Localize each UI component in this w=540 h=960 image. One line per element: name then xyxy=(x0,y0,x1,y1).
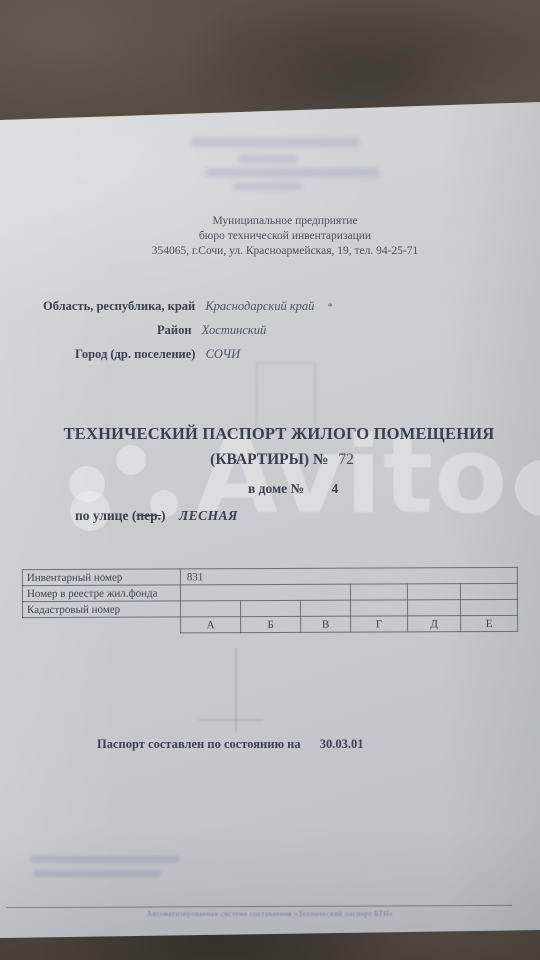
blank-cell xyxy=(23,617,181,634)
empty-cell xyxy=(407,584,460,600)
inventory-number-value: 831 xyxy=(180,567,517,584)
street-line: по улице (пер.) ЛЕСНАЯ xyxy=(75,508,238,524)
empty-cell xyxy=(350,584,407,600)
faint-stamp-mark xyxy=(238,155,298,162)
document-title-line2: (КВАРТИРЫ) № 72 xyxy=(0,451,540,469)
org-header-line1: Муниципальное предприятие xyxy=(30,214,540,229)
document-page: Муниципальное предприятие бюро техническ… xyxy=(0,100,540,945)
empty-cell xyxy=(350,600,407,616)
apartment-label: (КВАРТИРЫ) № xyxy=(210,451,328,468)
apartment-number: 72 xyxy=(338,451,354,468)
empty-cell xyxy=(460,583,517,599)
faint-stamp-mark xyxy=(233,183,303,190)
column-letter: Д xyxy=(408,616,461,632)
compiled-date: 30.03.01 xyxy=(320,737,364,751)
registry-number-value xyxy=(180,584,350,601)
empty-cell xyxy=(407,600,460,616)
street-label-struck: пер. xyxy=(136,508,161,523)
cadastral-number-value xyxy=(181,601,241,617)
empty-cell xyxy=(460,599,517,615)
compiled-line: Паспорт составлен по состоянию на 30.03.… xyxy=(97,737,363,752)
region-mark: * xyxy=(328,302,333,313)
org-header-line3: 354065, г.Сочи, ул. Красноармейская, 19,… xyxy=(30,244,540,259)
footer-note: Автоматизированная система составления «… xyxy=(0,910,540,918)
house-label: в доме № xyxy=(248,481,304,496)
org-header: Муниципальное предприятие бюро техническ… xyxy=(0,214,540,259)
district-value: Хостинский xyxy=(202,323,267,337)
district-line: Район Хостинский xyxy=(157,323,266,338)
region-label: Область, республика, край xyxy=(43,299,195,313)
city-line: Город (др. поселение) СОЧИ xyxy=(75,347,240,362)
column-letter: Е xyxy=(461,615,518,631)
table-row: А Б В Г Д Е xyxy=(23,615,518,633)
city-label: Город (др. поселение) xyxy=(75,347,195,361)
photo-scene: Муниципальное предприятие бюро техническ… xyxy=(0,0,540,960)
showthrough-text-line xyxy=(30,856,180,863)
house-number: 4 xyxy=(332,481,339,496)
column-letter: В xyxy=(301,616,351,632)
empty-cell xyxy=(300,600,350,616)
street-name: ЛЕСНАЯ xyxy=(179,508,238,523)
column-letter: Г xyxy=(351,616,408,632)
empty-cell xyxy=(241,600,301,616)
city-value: СОЧИ xyxy=(206,347,241,361)
document-title-line1: ТЕХНИЧЕСКИЙ ПАСПОРТ ЖИЛОГО ПОМЕЩЕНИЯ xyxy=(0,424,540,444)
cadastral-number-label: Кадастровый номер xyxy=(23,601,181,618)
column-letter: Б xyxy=(241,616,301,632)
street-label-prefix: по улице ( xyxy=(75,508,136,523)
org-header-line2: бюро технической инвентаризации xyxy=(30,229,540,244)
region-value: Краснодарский край xyxy=(205,299,314,313)
inventory-number-label: Инвентарный номер xyxy=(22,569,180,586)
footer-divider xyxy=(6,905,512,908)
region-line: Область, республика, край Краснодарский … xyxy=(43,299,333,314)
faint-stamp-mark xyxy=(205,168,380,177)
faint-stamp-mark xyxy=(190,138,360,147)
showthrough-text-line xyxy=(33,870,161,877)
district-label: Район xyxy=(157,323,192,337)
info-table: Инвентарный номер 831 Номер в реестре жи… xyxy=(22,567,518,634)
registry-number-label: Номер в реестре жил.фонда xyxy=(22,585,180,602)
column-letter: А xyxy=(181,617,241,633)
compiled-label: Паспорт составлен по состоянию на xyxy=(97,737,301,751)
street-label-suffix: ) xyxy=(161,508,166,523)
house-line: в доме № 4 xyxy=(248,481,338,497)
showthrough-plan-line xyxy=(199,719,263,721)
